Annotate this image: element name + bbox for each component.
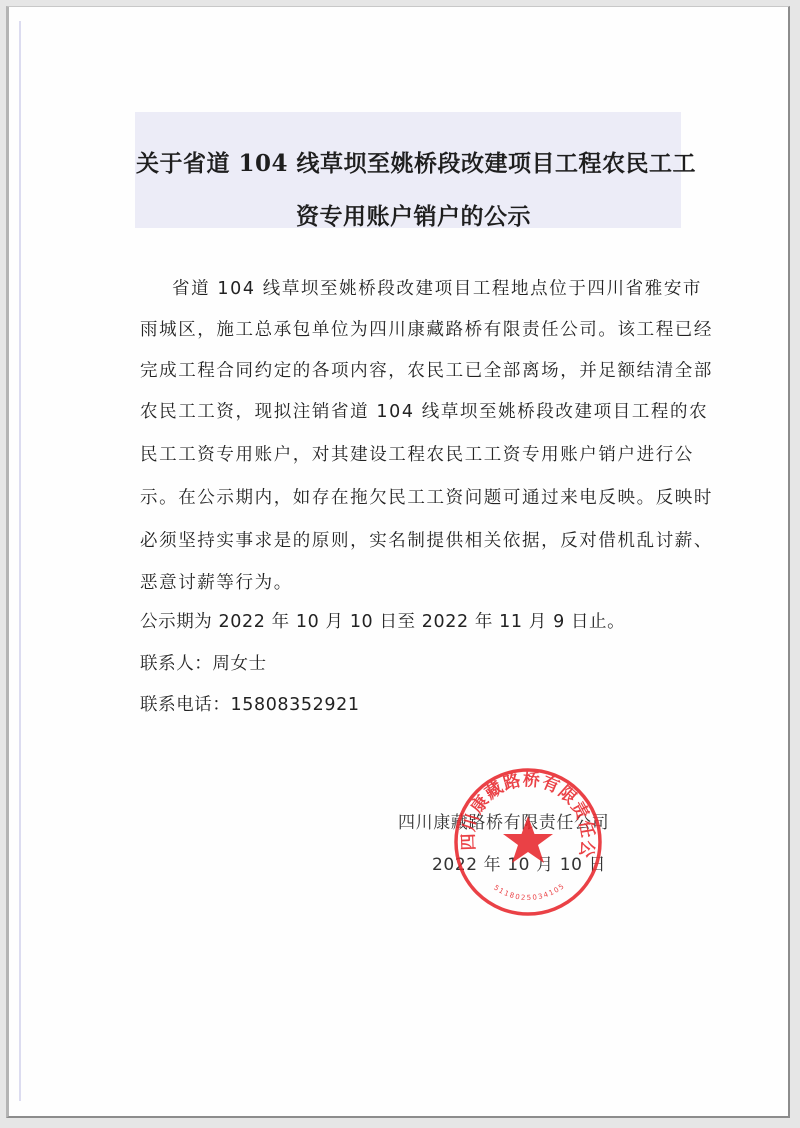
body-paragraph-line: 雨城区，施工总承包单位为四川康藏路桥有限责任公司。该工程已经 (140, 316, 713, 341)
page-edge-shadow (19, 21, 21, 1101)
body-paragraph-line: 必须坚持实事求是的原则，实名制提供相关依据，反对借机乱讨薪、 (140, 527, 713, 552)
contact-phone: 联系电话：15808352921 (140, 691, 360, 716)
seal-star-icon (503, 816, 553, 863)
seal-code: 5118025034105 (492, 882, 566, 902)
company-seal-stamp: 四川康藏路桥有限责任公司 5118025034105 (452, 766, 604, 918)
body-paragraph-line: 农民工工资，现拟注销省道 104 线草坝至姚桥段改建项目工程的农 (140, 398, 708, 423)
notice-period: 公示期为 2022 年 10 月 10 日至 2022 年 11 月 9 日止。 (140, 608, 625, 633)
contact-person: 联系人：周女士 (140, 650, 267, 675)
document-title-line-2: 资专用账户销户的公示 (296, 198, 531, 231)
body-paragraph-line: 完成工程合同约定的各项内容，农民工已全部离场，并足额结清全部 (140, 357, 713, 382)
body-paragraph-line: 省道 104 线草坝至姚桥段改建项目工程地点位于四川省雅安市 (172, 275, 702, 300)
document-title-line-1: 关于省道 104 线草坝至姚桥段改建项目工程农民工工 (136, 145, 696, 178)
body-paragraph-line: 恶意讨薪等行为。 (140, 569, 293, 594)
body-paragraph-line: 示。在公示期内，如存在拖欠民工工资问题可通过来电反映。反映时 (140, 484, 713, 509)
body-paragraph-line: 民工工资专用账户，对其建设工程农民工工资专用账户销户进行公 (140, 441, 694, 466)
